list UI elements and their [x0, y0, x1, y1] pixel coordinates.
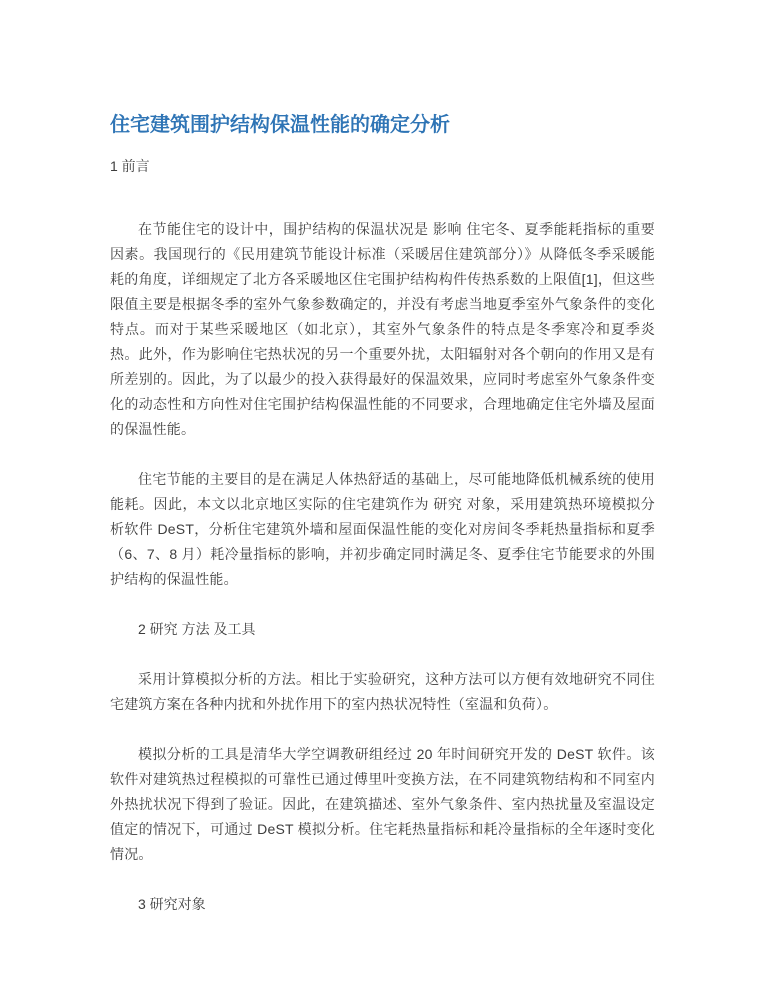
paragraph-methods-1: 采用计算模拟分析的方法。相比于实验研究，这种方法可以方便有效地研究不同住宅建筑方… — [110, 667, 655, 717]
document-page: 住宅建筑围护结构保温性能的确定分析 1 前言 在节能住宅的设计中，围护结构的保温… — [0, 0, 765, 990]
document-title: 住宅建筑围护结构保温性能的确定分析 — [110, 112, 655, 138]
section-heading-subject: 3 研究对象 — [110, 892, 655, 917]
section-heading-methods: 2 研究 方法 及工具 — [110, 617, 655, 642]
paragraph-methods-2: 模拟分析的工具是清华大学空调教研组经过 20 年时间研究开发的 DeST 软件。… — [110, 742, 655, 867]
document-content: 住宅建筑围护结构保温性能的确定分析 1 前言 在节能住宅的设计中，围护结构的保温… — [0, 0, 765, 917]
paragraph-foreword-2: 住宅节能的主要目的是在满足人体热舒适的基础上，尽可能地降低机械系统的使用能耗。因… — [110, 467, 655, 592]
section-heading-foreword: 1 前言 — [110, 154, 655, 179]
paragraph-foreword-1: 在节能住宅的设计中，围护结构的保温状况是 影响 住宅冬、夏季能耗指标的重要因素。… — [110, 217, 655, 442]
